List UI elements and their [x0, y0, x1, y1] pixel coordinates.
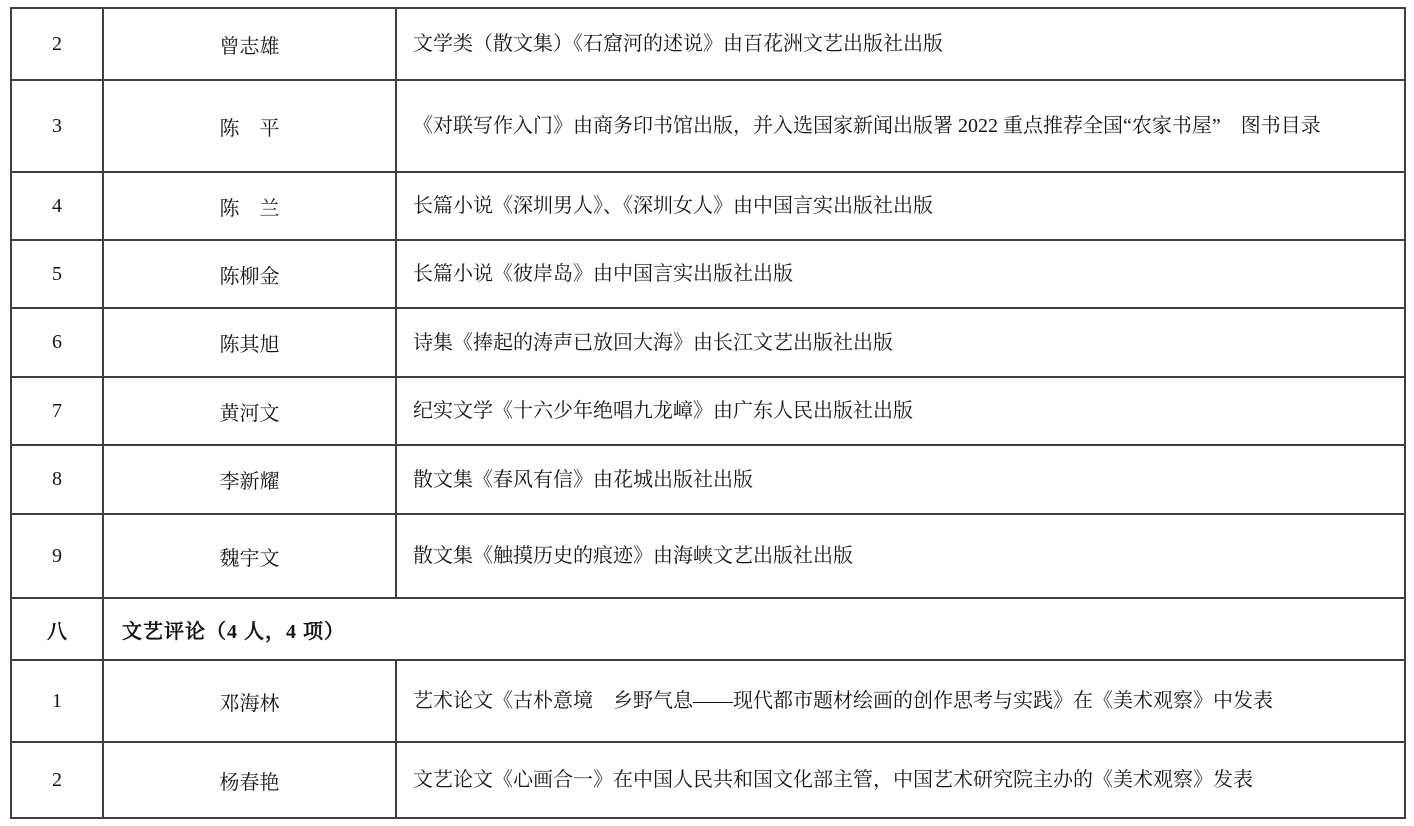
- cell-author-name: 李新耀: [103, 445, 396, 514]
- section-header-row: 八文艺评论（4 人，4 项）: [11, 598, 1405, 660]
- cell-author-name: 魏宇文: [103, 514, 396, 598]
- cell-work-description: 散文集《触摸历史的痕迹》由海峡文艺出版社出版: [396, 514, 1405, 598]
- cell-row-number: 3: [11, 80, 103, 172]
- table-row: 1邓海林艺术论文《古朴意境 乡野气息——现代都市题材绘画的创作思考与实践》在《美…: [11, 660, 1405, 742]
- cell-row-number: 4: [11, 172, 103, 240]
- cell-work-description: 文学类（散文集）《石窟河的述说》由百花洲文艺出版社出版: [396, 8, 1405, 80]
- cell-row-number: 八: [11, 598, 103, 660]
- cell-author-name: 黄河文: [103, 377, 396, 445]
- cell-author-name: 陈 平: [103, 80, 396, 172]
- table-row: 6陈其旭诗集《捧起的涛声已放回大海》由长江文艺出版社出版: [11, 308, 1405, 377]
- awards-table-body: 2曾志雄文学类（散文集）《石窟河的述说》由百花洲文艺出版社出版3陈 平《对联写作…: [11, 8, 1405, 818]
- cell-work-description: 诗集《捧起的涛声已放回大海》由长江文艺出版社出版: [396, 308, 1405, 377]
- awards-table: 2曾志雄文学类（散文集）《石窟河的述说》由百花洲文艺出版社出版3陈 平《对联写作…: [10, 7, 1406, 819]
- cell-row-number: 2: [11, 8, 103, 80]
- table-row: 2杨春艳文艺论文《心画合一》在中国人民共和国文化部主管，中国艺术研究院主办的《美…: [11, 742, 1405, 818]
- cell-row-number: 5: [11, 240, 103, 308]
- cell-work-description: 艺术论文《古朴意境 乡野气息——现代都市题材绘画的创作思考与实践》在《美术观察》…: [396, 660, 1405, 742]
- cell-author-name: 陈 兰: [103, 172, 396, 240]
- cell-row-number: 9: [11, 514, 103, 598]
- cell-row-number: 1: [11, 660, 103, 742]
- cell-work-description: 散文集《春风有信》由花城出版社出版: [396, 445, 1405, 514]
- document-page: 2曾志雄文学类（散文集）《石窟河的述说》由百花洲文艺出版社出版3陈 平《对联写作…: [0, 0, 1414, 826]
- table-row: 9魏宇文散文集《触摸历史的痕迹》由海峡文艺出版社出版: [11, 514, 1405, 598]
- table-row: 7黄河文纪实文学《十六少年绝唱九龙嶂》由广东人民出版社出版: [11, 377, 1405, 445]
- cell-work-description: 长篇小说《深圳男人》、《深圳女人》由中国言实出版社出版: [396, 172, 1405, 240]
- table-row: 2曾志雄文学类（散文集）《石窟河的述说》由百花洲文艺出版社出版: [11, 8, 1405, 80]
- cell-row-number: 7: [11, 377, 103, 445]
- table-row: 5陈柳金长篇小说《彼岸岛》由中国言实出版社出版: [11, 240, 1405, 308]
- cell-author-name: 陈柳金: [103, 240, 396, 308]
- cell-work-description: 长篇小说《彼岸岛》由中国言实出版社出版: [396, 240, 1405, 308]
- cell-author-name: 杨春艳: [103, 742, 396, 818]
- cell-author-name: 陈其旭: [103, 308, 396, 377]
- cell-author-name: 曾志雄: [103, 8, 396, 80]
- cell-section-title: 文艺评论（4 人，4 项）: [103, 598, 1405, 660]
- cell-work-description: 《对联写作入门》由商务印书馆出版，并入选国家新闻出版署 2022 重点推荐全国“…: [396, 80, 1405, 172]
- cell-author-name: 邓海林: [103, 660, 396, 742]
- table-row: 8李新耀散文集《春风有信》由花城出版社出版: [11, 445, 1405, 514]
- cell-row-number: 6: [11, 308, 103, 377]
- cell-row-number: 2: [11, 742, 103, 818]
- cell-row-number: 8: [11, 445, 103, 514]
- cell-work-description: 文艺论文《心画合一》在中国人民共和国文化部主管，中国艺术研究院主办的《美术观察》…: [396, 742, 1405, 818]
- table-row: 3陈 平《对联写作入门》由商务印书馆出版，并入选国家新闻出版署 2022 重点推…: [11, 80, 1405, 172]
- table-row: 4陈 兰长篇小说《深圳男人》、《深圳女人》由中国言实出版社出版: [11, 172, 1405, 240]
- cell-work-description: 纪实文学《十六少年绝唱九龙嶂》由广东人民出版社出版: [396, 377, 1405, 445]
